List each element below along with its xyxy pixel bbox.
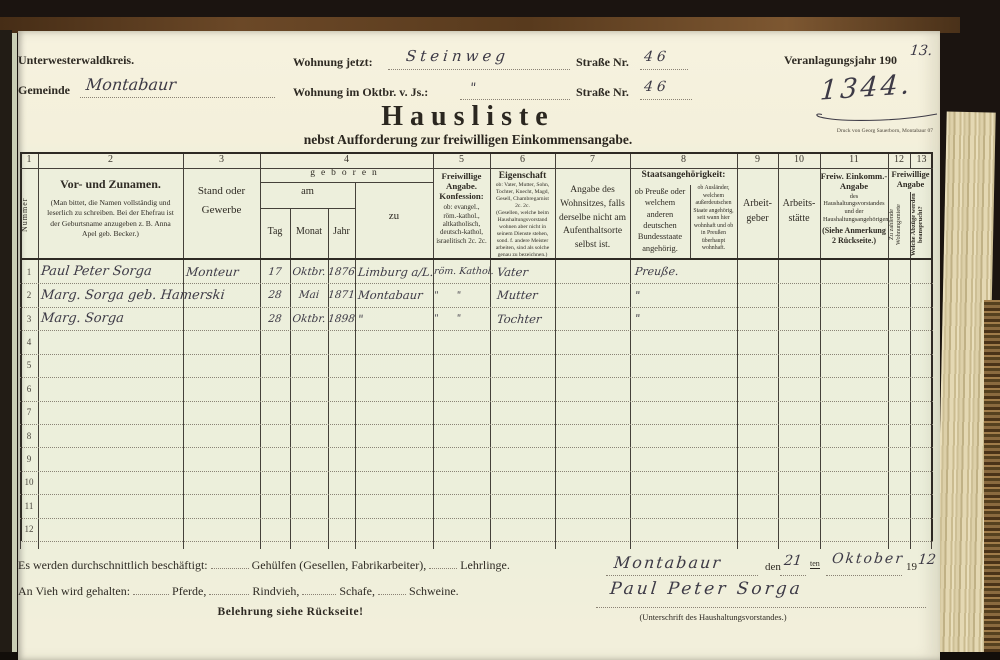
hausliste-table: 12345678910111213 Nummer Vor- und Zuname… [20, 152, 933, 550]
column-line [778, 152, 779, 541]
signature-line [596, 607, 926, 608]
cell-eigenschaft: Mutter [489, 288, 555, 302]
col4-header-am: am [260, 186, 355, 197]
footer-livestock-line: An Vieh wird gehalten: Pferde, Rindvieh,… [18, 584, 459, 599]
column-line [38, 152, 39, 541]
row-separator [20, 424, 933, 425]
col11-header: Freiw. Einkomm.-Angabe des Haushaltungsv… [820, 168, 888, 247]
column-line-stub [778, 541, 779, 549]
col4-header-zu: zu [355, 210, 433, 222]
signature-caption: (Unterschrift des Haushaltungsvorstandes… [578, 612, 848, 622]
employment-blank-1 [211, 558, 249, 569]
left-page-edge [12, 33, 17, 660]
col8-right-note: ob Ausländer, welchem außerdeutschen Sta… [690, 185, 737, 253]
cell-eigenschaft: Tochter [489, 312, 555, 326]
signature: Paul Peter Sorga [609, 579, 804, 599]
column-line [20, 152, 22, 541]
table-row: 12 [20, 518, 933, 541]
row-separator [20, 518, 933, 519]
column-number: 4 [260, 152, 433, 168]
cell-konfession: " " [432, 290, 490, 301]
col6-title: Eigenschaft [490, 171, 555, 181]
col3-header: Stand oder Gewerbe [183, 168, 260, 221]
column-number: 9 [737, 152, 778, 168]
cell-num: 1 [20, 267, 38, 277]
am-underline [260, 208, 355, 209]
col9-header: Arbeit-geber [737, 168, 778, 226]
wohnung-oktbr-line [460, 99, 570, 100]
gemeinde-value: Montabaur [85, 75, 177, 94]
col5-title2: Konfession: [433, 191, 490, 201]
column-number: 1 [20, 152, 38, 168]
belehrung-note: Belehrung siehe Rückseite! [133, 606, 448, 618]
number-row-line [20, 168, 933, 169]
wohnung-jetzt-label: Wohnung jetzt: [293, 55, 373, 70]
livestock-blank-2 [209, 584, 249, 595]
date-month-line [826, 575, 902, 576]
column-line-stub [555, 541, 556, 549]
column-line [183, 152, 184, 541]
livestock-item-3: Schafe, [339, 584, 375, 598]
column-number: 7 [555, 152, 630, 168]
col4-header-tag: Tag [260, 226, 290, 237]
column-line-stub [20, 541, 21, 549]
cell-num: 5 [20, 360, 38, 370]
column-line-stub [820, 541, 821, 549]
column-line-stub [737, 541, 738, 549]
row-separator [20, 283, 933, 284]
row-separator [20, 401, 933, 402]
column-number: 6 [490, 152, 555, 168]
col4-header-monat: Monat [290, 226, 328, 237]
folio-number: 1344. [819, 66, 951, 106]
page-subtitle: nebst Aufforderung zur freiwilligen Eink… [103, 132, 833, 148]
livestock-blank-3 [302, 584, 336, 595]
strasse1-line [640, 69, 688, 70]
book-fore-edge [984, 300, 1000, 660]
date-month-value: Oktober [831, 551, 905, 567]
cell-monat: Oktbr. [289, 313, 328, 325]
veranlagungsjahr-value: 13. [909, 43, 933, 59]
col6-note2: (Gesellen, welche beim Haushaltungsvorst… [490, 210, 555, 259]
cell-staat: Preuße. [629, 265, 737, 278]
column-subline [910, 152, 911, 168]
column-subline [355, 182, 356, 541]
table-row: 7 [20, 401, 933, 424]
table-row: 6 [20, 377, 933, 400]
cell-num: 8 [20, 431, 38, 441]
cell-num: 4 [20, 337, 38, 347]
col11-title: Freiw. Einkomm.-Angabe [820, 171, 888, 192]
col5-note: ob: evangel., röm.-kathol., altkatholisc… [433, 203, 490, 245]
table-row: 1Paul Peter SorgaMonteur17Oktbr.1876Limb… [20, 260, 933, 283]
col2-title: Vor- und Zunamen. [38, 177, 183, 192]
column-line-stub [183, 541, 184, 549]
column-number: 3 [183, 152, 260, 168]
photo-background: Unterwesterwaldkreis. Gemeinde Montabaur… [0, 0, 1000, 660]
col4-header-jahr: Jahr [328, 226, 355, 237]
cell-name: Marg. Sorga geb. Hamerski [37, 288, 184, 303]
cell-eigenschaft: Vater [489, 265, 555, 279]
row-separator [20, 377, 933, 378]
cell-jahr: 1898 [327, 313, 355, 325]
column-line-stub [328, 541, 329, 549]
col6-header: Eigenschaft ob: Vater, Mutter, Sohn, Toc… [490, 168, 555, 259]
column-subline [690, 185, 691, 260]
column-line-stub [38, 541, 39, 549]
cell-name: Marg. Sorga [37, 311, 184, 326]
employment-label: Es werden durchschnittlich beschäftigt: [18, 558, 208, 572]
cell-num: 11 [20, 501, 38, 511]
col12-header-rotated: Zu zahlende Wohnungsmiete [888, 192, 910, 258]
column-line-stub [888, 541, 889, 549]
table-row: 5 [20, 354, 933, 377]
cell-num: 10 [20, 477, 38, 487]
wohnung-oktbr-value: " [469, 81, 477, 96]
footer-employment-line: Es werden durchschnittlich beschäftigt: … [18, 558, 510, 573]
column-number: 8 [630, 152, 737, 168]
col5-header: Freiwillige Angabe. Konfession: ob: evan… [433, 168, 490, 245]
date-year-printed: 19 [906, 561, 917, 573]
cell-monat: Mai [289, 289, 328, 301]
printer-note: Druck von Georg Sauerborn, Montabaur 07 [718, 128, 933, 134]
cell-tag: 17 [259, 266, 290, 278]
column-line-stub [355, 541, 356, 549]
wohnung-oktbr-label: Wohnung im Oktbr. v. Js.: [293, 85, 428, 100]
cell-zu: Limburg a/L. [354, 265, 433, 279]
cell-zu: " [354, 312, 433, 326]
col11-note: des Haushaltungsvorstandes und der Haush… [820, 192, 888, 224]
column-subline [910, 192, 911, 541]
cell-jahr: 1871 [327, 289, 355, 301]
table-row: 8 [20, 424, 933, 447]
cell-num: 12 [20, 524, 38, 534]
cell-konfession: röm. Kathol. [432, 266, 490, 277]
column-line-stub [290, 541, 291, 549]
gemeinde-label: Gemeinde [18, 83, 70, 98]
cell-stand: Monteur [182, 265, 260, 279]
place-value: Montabaur [613, 553, 723, 572]
veranlagungsjahr-label: Veranlagungsjahr 190 [784, 53, 897, 68]
livestock-item-4: Schweine. [409, 584, 459, 598]
col10-header: Arbeits-stätte [778, 168, 820, 226]
strasse2-label: Straße Nr. [576, 85, 629, 100]
cell-staat: " [629, 312, 737, 325]
livestock-label: An Vieh wird gehalten: [18, 584, 130, 598]
column-line [888, 152, 889, 541]
row-separator [20, 330, 933, 331]
column-line-stub [910, 541, 911, 549]
wohnung-jetzt-value: Steinweg [405, 47, 510, 65]
column-number: 10 [778, 152, 820, 168]
cell-num: 2 [20, 290, 38, 300]
table-row: 4 [20, 330, 933, 353]
date-suffix: ten [810, 559, 820, 569]
column-line [490, 152, 491, 541]
table-row: 9 [20, 447, 933, 470]
left-binding-shadow [0, 30, 12, 660]
date-den-label: den [765, 561, 781, 573]
cell-num: 3 [20, 314, 38, 324]
column-line [820, 152, 821, 541]
date-year-written: 12 [917, 552, 937, 568]
row-separator [20, 447, 933, 448]
column-line [737, 152, 738, 541]
cell-jahr: 1876 [327, 266, 355, 278]
livestock-item-1: Pferde, [172, 584, 206, 598]
column-line-stub [931, 541, 932, 549]
employment-blank-2 [429, 558, 457, 569]
column-line-stub [630, 541, 631, 549]
col4-header-geboren: geboren [260, 168, 433, 182]
header-bottom-border [20, 258, 933, 260]
table-row: 3Marg. Sorga28Oktbr.1898"" "Tochter" [20, 307, 933, 330]
col6-note1: ob: Vater, Mutter, Sohn, Tochter, Knecht… [490, 181, 555, 210]
table-row: 2Marg. Sorga geb. Hamerski28Mai1871Monta… [20, 283, 933, 306]
table-top-border [20, 152, 933, 154]
table-row: 11 [20, 494, 933, 517]
cell-num: 6 [20, 384, 38, 394]
col11-bold-note: (Siehe Anmerkung 2 Rückseite.) [820, 226, 888, 247]
cell-monat: Oktbr. [289, 266, 328, 278]
col13-header-rotated: Welche Abzüge werden beansprucht? [910, 192, 933, 258]
date-day-value: 21 [783, 553, 803, 569]
cell-tag: 28 [259, 289, 290, 301]
cell-name: Paul Peter Sorga [37, 264, 184, 279]
employment-mid: Gehülfen (Gesellen, Fabrikarbeiter), [252, 558, 427, 572]
livestock-blank-1 [133, 584, 169, 595]
district-label: Unterwesterwaldkreis. [18, 53, 134, 68]
column-number: 13 [910, 152, 933, 168]
cell-num: 9 [20, 454, 38, 464]
document-page: Unterwesterwaldkreis. Gemeinde Montabaur… [18, 31, 940, 660]
column-line-stub [433, 541, 434, 549]
employment-end: Lehrlinge. [460, 558, 510, 572]
strasse1-value: 46 [643, 49, 671, 65]
cell-tag: 28 [259, 313, 290, 325]
col8-title: Staatsangehörigkeit: [630, 170, 737, 180]
livestock-blank-4 [378, 584, 406, 595]
column-number: 11 [820, 152, 888, 168]
table-row: 10 [20, 471, 933, 494]
column-line [260, 152, 261, 541]
column-line [433, 152, 434, 541]
row-separator [20, 541, 933, 542]
geboren-underline [260, 182, 433, 183]
cell-num: 7 [20, 407, 38, 417]
column-number: 5 [433, 152, 490, 168]
col2-header: Vor- und Zunamen. (Man bittet, die Namen… [38, 168, 183, 239]
column-line-stub [260, 541, 261, 549]
col5-title1: Freiwillige Angabe. [433, 171, 490, 191]
strasse2-line [640, 99, 692, 100]
row-separator [20, 494, 933, 495]
row-separator [20, 354, 933, 355]
column-number: 12 [888, 152, 910, 168]
cell-zu: Montabaur [354, 288, 433, 302]
column-number: 2 [38, 152, 183, 168]
col7-header: Angabe des Wohnsitzes, falls derselbe ni… [555, 168, 630, 253]
column-line [931, 152, 933, 541]
gemeinde-line [80, 97, 275, 98]
strasse1-label: Straße Nr. [576, 55, 629, 70]
column-line-stub [490, 541, 491, 549]
strasse2-value: 46 [643, 79, 671, 95]
col8-left-note: ob Preuße oder welchem anderen deutschen… [630, 186, 690, 254]
livestock-item-2: Rindvieh, [252, 584, 299, 598]
column-line [555, 152, 556, 541]
cell-konfession: " " [432, 313, 490, 324]
date-day-line [780, 575, 806, 576]
col1-header-nummer: Nummer [20, 172, 38, 258]
col12-13-title: Freiwillige Angabe [888, 170, 933, 189]
place-line [606, 575, 758, 576]
row-separator [20, 471, 933, 472]
wohnung-jetzt-line [388, 69, 570, 70]
row-separator [20, 307, 933, 308]
column-line [630, 152, 631, 541]
cell-staat: " [629, 289, 737, 302]
col2-note: (Man bittet, die Namen vollständig und l… [38, 198, 183, 239]
